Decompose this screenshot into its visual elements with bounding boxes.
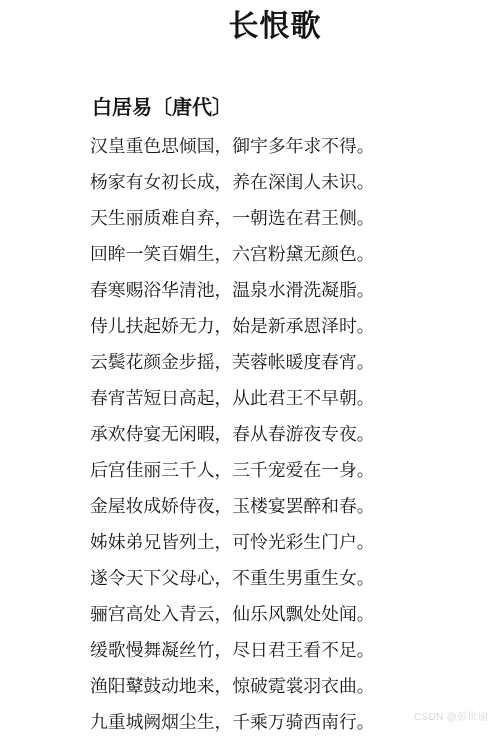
poem-line: 天生丽质难自弃，一朝选在君王侧。: [90, 200, 470, 236]
poem-page: 长恨歌 白居易〔唐代〕 汉皇重色思倾国，御宇多年求不得。 杨家有女初长成，养在深…: [0, 0, 493, 747]
poem-line: 杨家有女初长成，养在深闺人未识。: [90, 164, 470, 200]
poem-line: 九重城阙烟尘生，千乘万骑西南行。: [90, 704, 470, 740]
poem-line: 姊妹弟兄皆列土，可怜光彩生门户。: [90, 524, 470, 560]
poem-line: 云鬓花颜金步摇，芙蓉帐暖度春宵。: [90, 344, 470, 380]
poem-line: 汉皇重色思倾国，御宇多年求不得。: [90, 128, 470, 164]
poem-line: 渔阳鼙鼓动地来，惊破霓裳羽衣曲。: [90, 668, 470, 704]
poem-author: 白居易〔唐代〕: [92, 91, 232, 120]
poem-line: 承欢侍宴无闲暇，春从春游夜专夜。: [90, 416, 470, 452]
poem-line: 回眸一笑百媚生，六宫粉黛无颜色。: [90, 236, 470, 272]
poem-title: 长恨歌: [92, 1, 458, 45]
poem-line: 金屋妆成娇侍夜，玉楼宴罢醉和春。: [90, 488, 470, 524]
poem-line: 遂令天下父母心，不重生男重生女。: [90, 560, 470, 596]
poem-line: 春寒赐浴华清池，温泉水滑洗凝脂。: [90, 272, 470, 308]
csdn-watermark: CSDN @彭世瑜: [414, 712, 488, 724]
poem-line: 缓歌慢舞凝丝竹，尽日君王看不足。: [90, 632, 470, 668]
poem-line: 春宵苦短日高起，从此君王不早朝。: [90, 380, 470, 416]
poem-body: 汉皇重色思倾国，御宇多年求不得。 杨家有女初长成，养在深闺人未识。 天生丽质难自…: [90, 128, 470, 740]
poem-line: 后宫佳丽三千人，三千宠爱在一身。: [90, 452, 470, 488]
poem-line: 骊宫高处入青云，仙乐风飘处处闻。: [90, 596, 470, 632]
poem-line: 侍儿扶起娇无力，始是新承恩泽时。: [90, 308, 470, 344]
